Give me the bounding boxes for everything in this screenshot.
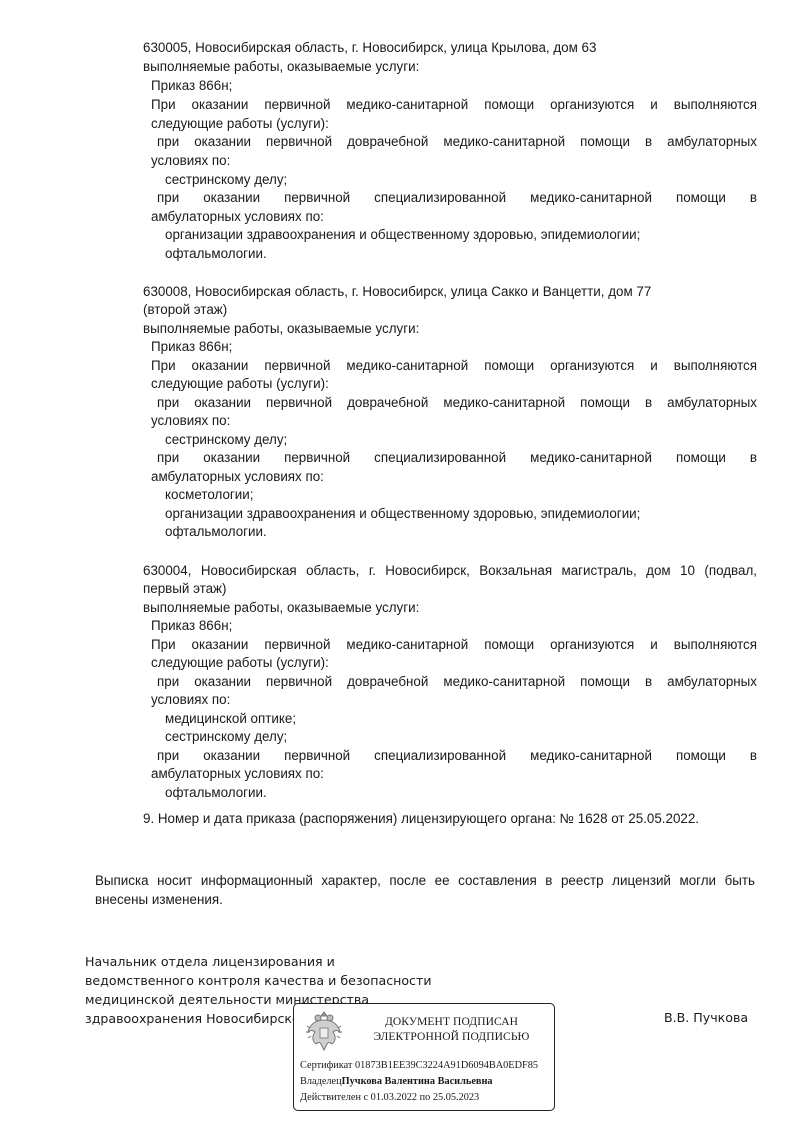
specialized-text: при оказании первичной специализированно… [157, 189, 757, 207]
intro-text: При оказании первичной медико-санитарной… [151, 636, 757, 654]
address-line: первый этаж) [143, 580, 226, 598]
prehospital-text: при оказании первичной доврачебной медик… [157, 673, 757, 691]
intro-text-cont: следующие работы (услуги): [151, 654, 329, 672]
document-page: 630005, Новосибирская область, г. Новоси… [0, 0, 794, 1123]
intro-text-cont: следующие работы (услуги): [151, 375, 329, 393]
stamp-title-line: ДОКУМЕНТ ПОДПИСАН [354, 1015, 549, 1030]
service-item: сестринскому делу; [165, 728, 287, 746]
service-item: медицинской оптике; [165, 710, 296, 728]
address-line: 630005, Новосибирская область, г. Новоси… [143, 39, 596, 57]
service-item: офтальмологии. [165, 784, 267, 802]
owner-label: Владелец [300, 1076, 342, 1087]
coat-of-arms-icon [304, 1008, 344, 1054]
intro-text-cont: следующие работы (услуги): [151, 115, 329, 133]
intro-text: При оказании первичной медико-санитарной… [151, 357, 757, 375]
service-item: сестринскому делу; [165, 171, 287, 189]
validity-line: Действителен с 01.03.2022 по 25.05.2023 [300, 1091, 479, 1105]
certificate-line: Сертификат 01873B1EE39C3224A91D6094BA0ED… [300, 1059, 538, 1073]
works-label: выполняемые работы, оказываемые услуги: [143, 320, 419, 338]
prehospital-text-cont: условиях по: [151, 412, 230, 430]
certificate-label: Сертификат [300, 1060, 352, 1071]
owner-line: ВладелецПучкова Валентина Васильевна [300, 1075, 493, 1089]
order-reference: Приказ 866н; [151, 77, 232, 95]
order-reference: Приказ 866н; [151, 617, 232, 635]
works-label: выполняемые работы, оказываемые услуги: [143, 599, 419, 617]
specialized-text-cont: амбулаторных условиях по: [151, 468, 324, 486]
position-line: ведомственного контроля качества и безоп… [85, 971, 432, 990]
specialized-text: при оказании первичной специализированно… [157, 449, 757, 467]
address-line: (второй этаж) [143, 301, 227, 319]
certificate-value: 01873B1EE39C3224A91D6094BA0EDF85 [355, 1060, 538, 1071]
prehospital-text: при оказании первичной доврачебной медик… [157, 394, 757, 412]
service-item: офтальмологии. [165, 523, 267, 541]
order-reference: Приказ 866н; [151, 338, 232, 356]
service-item: косметологии; [165, 486, 253, 504]
service-item: офтальмологии. [165, 245, 267, 263]
position-line: Начальник отдела лицензирования и [85, 952, 432, 971]
specialized-text-cont: амбулаторных условиях по: [151, 208, 324, 226]
works-label: выполняемые работы, оказываемые услуги: [143, 58, 419, 76]
stamp-title: ДОКУМЕНТ ПОДПИСАН ЭЛЕКТРОННОЙ ПОДПИСЬЮ [354, 1015, 549, 1045]
disclaimer-line: Выписка носит информационный характер, п… [95, 872, 755, 890]
license-order-number: 9. Номер и дата приказа (распоряжения) л… [143, 810, 699, 828]
service-item: сестринскому делу; [165, 431, 287, 449]
electronic-signature-stamp: ДОКУМЕНТ ПОДПИСАН ЭЛЕКТРОННОЙ ПОДПИСЬЮ С… [293, 1003, 555, 1111]
prehospital-text-cont: условиях по: [151, 152, 230, 170]
specialized-text: при оказании первичной специализированно… [157, 747, 757, 765]
intro-text: При оказании первичной медико-санитарной… [151, 96, 757, 114]
prehospital-text-cont: условиях по: [151, 691, 230, 709]
owner-value: Пучкова Валентина Васильевна [342, 1076, 493, 1087]
prehospital-text: при оказании первичной доврачебной медик… [157, 133, 757, 151]
stamp-title-line: ЭЛЕКТРОННОЙ ПОДПИСЬЮ [354, 1030, 549, 1045]
disclaimer-line: внесены изменения. [95, 891, 223, 909]
address-line: 630004, Новосибирская область, г. Новоси… [143, 562, 757, 580]
address-line: 630008, Новосибирская область, г. Новоси… [143, 283, 651, 301]
service-item: организации здравоохранения и общественн… [165, 226, 640, 244]
service-item: организации здравоохранения и общественн… [165, 505, 640, 523]
signatory-name: В.В. Пучкова [664, 1010, 748, 1025]
specialized-text-cont: амбулаторных условиях по: [151, 765, 324, 783]
